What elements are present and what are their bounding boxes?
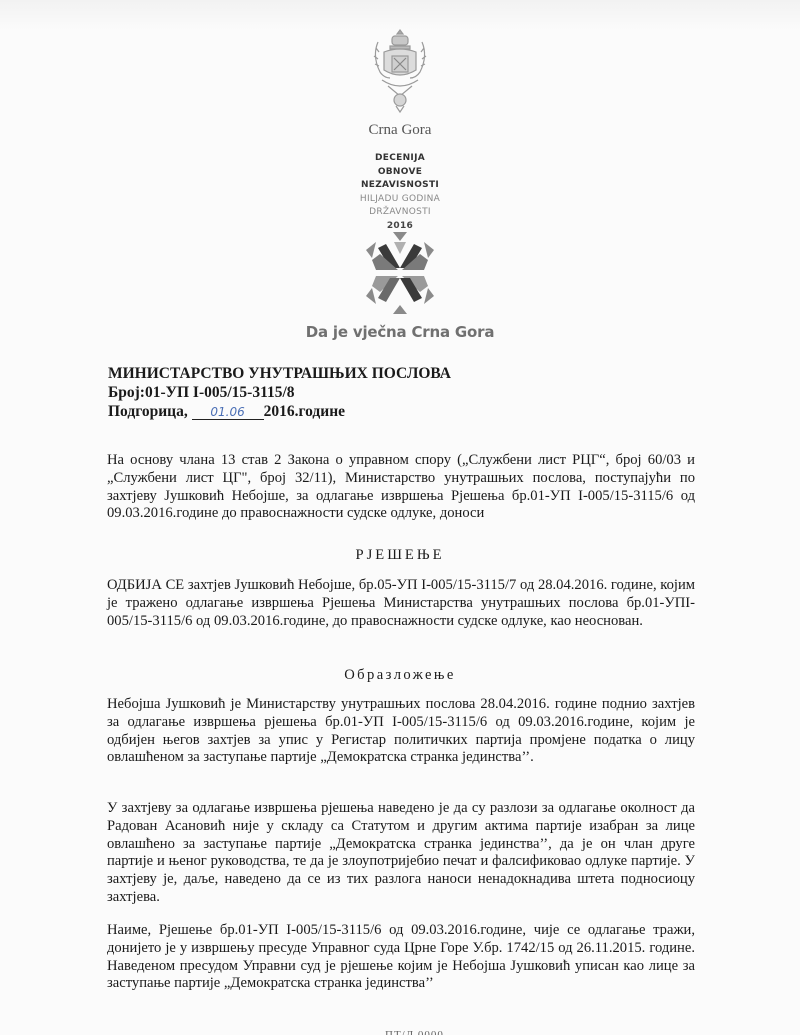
- page-footer-cut: ПТ/Л 0000: [385, 1029, 444, 1035]
- decision-paragraph: ОДБИЈА СЕ захтјев Јушковић Небојше, бр.0…: [107, 577, 695, 630]
- scan-smudge: [0, 0, 800, 30]
- state-motto: Da je vječna Crna Gora: [300, 323, 500, 341]
- reasoning-paragraph: Небојша Јушковић је Министарству унутраш…: [107, 696, 695, 767]
- handwritten-date: 01.06: [192, 405, 264, 420]
- country-name: Crna Gora: [300, 122, 500, 139]
- preamble-paragraph: На основу члана 13 став 2 Закона о управ…: [107, 452, 695, 523]
- ministry-name: МИНИСТАРСТВО УНУТРАШЊИХ ПОСЛОВА: [108, 364, 451, 383]
- slogan-line: OBNOVE: [300, 166, 500, 180]
- slogan-line: HILJADU GODINA: [300, 193, 500, 207]
- slogan-line: DRŽAVNOSTI: [300, 206, 500, 220]
- place-date-line: Подгорица, 01.062016.године: [108, 402, 451, 421]
- document-page: Crna Gora DECENIJA OBNOVE NEZAVISNOSTI H…: [0, 0, 800, 1035]
- slogan-line: NEZAVISNOSTI: [300, 179, 500, 193]
- year: 2016.године: [264, 403, 345, 420]
- decision-title: РЈЕШЕЊЕ: [100, 547, 700, 564]
- anniversary-slogan: DECENIJA OBNOVE NEZAVISNOSTI HILJADU GOD…: [300, 152, 500, 233]
- montenegro-coat-of-arms-icon: [368, 28, 432, 114]
- reasoning-paragraph: У захтјеву за одлагање извршења рјешења …: [107, 800, 695, 907]
- slogan-line: DECENIJA: [300, 152, 500, 166]
- document-header: МИНИСТАРСТВО УНУТРАШЊИХ ПОСЛОВА Број:01-…: [108, 364, 451, 421]
- place: Подгорица,: [108, 403, 188, 420]
- reasoning-paragraph: Наиме, Рјешење бр.01-УП I-005/15-3115/6 …: [107, 922, 695, 993]
- slogan-year: 2016: [300, 220, 500, 234]
- document-number: Број:01-УП I-005/15-3115/8: [108, 383, 451, 402]
- snowflake-emblem-icon: [360, 232, 440, 314]
- reasoning-title: Образложење: [100, 667, 700, 684]
